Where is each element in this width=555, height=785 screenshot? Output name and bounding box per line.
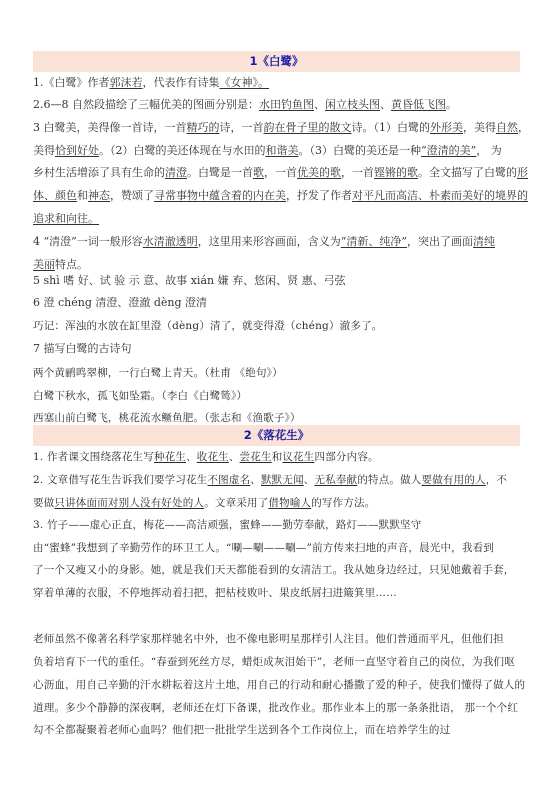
text-line: 4 “清澄”一词一般形容水清澈透明，这里用来形容画面，含义为“清新、纯净”，突出… <box>33 235 523 249</box>
key-phrase: 追求和向往。 <box>33 212 99 225</box>
key-phrase: “澄清的美” <box>421 144 476 157</box>
key-phrase: 外形美 <box>430 121 463 134</box>
key-phrase: 《女神》。 <box>220 76 270 89</box>
key-phrase: 清纯 <box>473 235 495 248</box>
key-phrase: 韵在骨子里的散文 <box>264 121 352 134</box>
key-phrase: 精巧的 <box>187 121 220 134</box>
text-span: ，一首 <box>341 166 374 179</box>
text-line: 1.《白鹭》作者郭沫若，代表作有诗集《女神》。 <box>33 76 523 90</box>
text-line: 追求和向往。 <box>33 212 523 226</box>
key-phrase: 郭沫若 <box>110 76 143 89</box>
text-line: 3 白鹭美，美得像一首诗，一首精巧的诗，一首韵在骨子里的散文诗。（1）白鹭的外形… <box>33 121 523 135</box>
text-span: ，抒发了作者 <box>286 189 352 202</box>
text-span: 。文章采用了 <box>204 497 268 509</box>
text-span: 2. 文章借写花生告诉我们要学习花生 <box>33 474 207 486</box>
key-phrase: 借物喻人 <box>268 497 311 509</box>
text-span: 。（3）白鹭的美还是一种 <box>299 144 422 157</box>
text-span: 。 <box>446 98 457 111</box>
text-span: 诗。（1）白鹭的 <box>352 121 431 134</box>
text-line: 巧记：浑浊的水放在缸里澄（dèng）清了，就变得澄（chéng）澈多了。 <box>33 319 523 333</box>
text-span: 2.6—8 自然段描绘了三幅优美的图画分别是： <box>33 98 259 111</box>
text-span: 穿着单薄的衣服，不停地挥动着扫把，把枯枝败叶、果皮纸屑扫进簸箕里…… <box>33 587 397 599</box>
text-span: 、 <box>314 98 325 111</box>
text-span: 。全文描写了白鹭的 <box>418 166 517 179</box>
text-span: ，代表作有诗集 <box>143 76 220 89</box>
text-span: 两个黄鹂鸣翠柳，一行白鹭上青天。（杜甫 《绝句》） <box>33 367 283 379</box>
key-phrase: 收花生 <box>197 451 229 463</box>
key-phrase: 默默无闻 <box>261 474 304 486</box>
text-line: 2.6—8 自然段描绘了三幅优美的图画分别是：水田钓鱼图、闲立枝头图、黄昏低飞图… <box>33 98 523 112</box>
text-span: 、 <box>186 451 197 463</box>
text-line: 7 描写白鹭的古诗句 <box>33 342 523 356</box>
text-line: 5 shì 嗜 好、试 验 示 意、故事 xián 嫌 弃、悠闲、贤 惠、弓弦 <box>33 274 523 288</box>
key-phrase: 和谐美 <box>266 144 299 157</box>
document-page: 1《白鹭》 1.《白鹭》作者郭沫若，代表作有诗集《女神》。2.6—8 自然段描绘… <box>0 0 555 785</box>
text-span: 了一个又瘦又小的身影。她，就是我们天天都能看到的女清洁工。我从她身边经过，只见她… <box>33 564 515 576</box>
text-line: 要做只讲体面而对别人没有好处的人。文章采用了借物喻人的写作方法。 <box>33 496 523 510</box>
text-span: ，一首 <box>264 166 297 179</box>
text-span: 5 shì 嗜 好、试 验 示 意、故事 xián 嫌 弃、悠闲、贤 惠、弓弦 <box>33 274 346 287</box>
text-span: 美得 <box>33 144 55 157</box>
key-phrase: 水清澈透明 <box>143 235 198 248</box>
text-span: 1.《白鹭》作者 <box>33 76 110 89</box>
key-phrase: 清澄 <box>165 166 187 179</box>
text-line: 6 澄 chéng 清澄、澄澈 dèng 澄清 <box>33 296 523 310</box>
key-phrase: 歌 <box>253 166 264 179</box>
key-phrase: 优美的歌 <box>297 166 341 179</box>
key-phrase: 恰到好处 <box>55 144 99 157</box>
key-phrase: 形 <box>517 166 528 179</box>
text-line: 体、颜色和神态，赞颂了寻常事物中蕴含着的内在美，抒发了作者对平凡而高洁、朴素而美… <box>33 189 523 203</box>
text-span: 白鹭下秋水，孤飞如坠霜。（李白《白鹭鸶》） <box>33 390 247 402</box>
key-phrase: 不图虚名 <box>207 474 250 486</box>
text-span: 、 <box>380 98 391 111</box>
text-line: 白鹭下秋水，孤飞如坠霜。（李白《白鹭鸶》） <box>33 389 523 403</box>
text-span: ，突出了画面 <box>407 235 473 248</box>
key-phrase: 种花生 <box>154 451 186 463</box>
text-line: 穿着单薄的衣服，不停地挥动着扫把，把枯枝败叶、果皮纸屑扫进簸箕里…… <box>33 586 523 600</box>
text-span: 乡村生活增添了具有生命的 <box>33 166 165 179</box>
text-span: ，美得 <box>463 121 496 134</box>
text-span: 7 描写白鹭的古诗句 <box>33 342 132 355</box>
text-span: 和 <box>272 451 283 463</box>
text-span: 要做 <box>33 497 54 509</box>
key-phrase: 美丽 <box>33 258 55 271</box>
key-phrase: 体、颜色 <box>33 189 77 202</box>
key-phrase: 黄昏低飞图 <box>391 98 446 111</box>
text-span: 由“蜜蜂”我想到了辛勤劳作的环卫工人。“唰—唰——唰—”前方传来扫地的声音，晨光… <box>33 542 494 554</box>
text-line: 乡村生活增添了具有生命的清澄。白鹭是一首歌，一首优美的歌，一首铿锵的歌。全文描写… <box>33 166 523 180</box>
text-line: 勾不全都凝聚着老师心血吗？他们把一批批学生送到各个工作岗位上，而在培养学生的过 <box>33 723 523 737</box>
text-span: ， 为 <box>476 144 502 157</box>
text-span: ， <box>518 121 529 134</box>
text-span: 和 <box>77 189 88 202</box>
text-line: 道理。多少个静静的深夜啊，老师还在灯下备课，批改作业。那作业本上的那一条条批语，… <box>33 701 523 715</box>
key-phrase: 议花生 <box>282 451 314 463</box>
key-phrase: “清新、纯净” <box>341 235 407 248</box>
text-span: 诗，一首 <box>220 121 264 134</box>
key-phrase: 闲立枝头图 <box>325 98 380 111</box>
text-span: 。（2）白鹭的美还体现在与水田的 <box>99 144 266 157</box>
text-span: ，不 <box>486 474 507 486</box>
text-span: 的特点。做人 <box>357 474 421 486</box>
text-span: ，这里用来形容画面，含义为 <box>198 235 341 248</box>
text-span: 4 “清澄”一词一般形容 <box>33 235 143 248</box>
text-span: 6 澄 chéng 清澄、澄澈 dèng 澄清 <box>33 296 207 309</box>
key-phrase: 尝花生 <box>240 451 272 463</box>
text-span: ，赞颂了 <box>110 189 154 202</box>
text-span: 、 <box>229 451 240 463</box>
section-header-bailu: 1《白鹭》 <box>33 51 520 72</box>
text-line: 由“蜜蜂”我想到了辛勤劳作的环卫工人。“唰—唰——唰—”前方传来扫地的声音，晨光… <box>33 541 523 555</box>
key-phrase: 无私奉献 <box>315 474 358 486</box>
key-phrase: 只讲体面而对别人没有好处的人 <box>54 497 204 509</box>
text-span: 巧记：浑浊的水放在缸里澄（dèng）清了，就变得澄（chéng）澈多了。 <box>33 320 382 332</box>
text-line: 了一个又瘦又小的身影。她，就是我们天天都能看到的女清洁工。我从她身边经过，只见她… <box>33 563 523 577</box>
key-phrase: 水田钓鱼图 <box>259 98 314 111</box>
text-line: 老师虽然不像著名科学家那样驰名中外，也不像电影明星那样引人注目。他们普通而平凡，… <box>33 632 523 646</box>
text-span: 1. 作者课文围绕落花生写 <box>33 451 154 463</box>
text-span: 特点。 <box>55 258 88 271</box>
text-span: 3. 竹子——虚心正直，梅花——高洁顽强，蜜蜂——勤劳奉献，路灯——默默坚守 <box>33 519 421 531</box>
text-span: 、 <box>304 474 315 486</box>
text-line: 西塞山前白鹭飞，桃花流水鳜鱼肥。（张志和《渔歌子》） <box>33 411 523 425</box>
text-line: 2. 文章借写花生告诉我们要学习花生不图虚名、默默无闻、无私奉献的特点。做人要做… <box>33 473 523 487</box>
key-phrase: 寻常事物中蕴含着的内在美 <box>154 189 286 202</box>
text-span: 、 <box>250 474 261 486</box>
key-phrase: 对平凡而高洁、朴素而美好的境界的 <box>352 189 528 202</box>
text-line: 两个黄鹂鸣翠柳，一行白鹭上青天。（杜甫 《绝句》） <box>33 366 523 380</box>
text-span: 3 白鹭美，美得像一首诗，一首 <box>33 121 187 134</box>
text-line: 美得恰到好处。（2）白鹭的美还体现在与水田的和谐美。（3）白鹭的美还是一种“澄清… <box>33 144 523 158</box>
text-line: 美丽特点。 <box>33 258 523 272</box>
text-span: 四部分内容。 <box>315 451 379 463</box>
section-header-luohuasheng: 2《落花生》 <box>33 425 520 446</box>
text-line: 心沥血，用自己辛勤的汗水耕耘着这片土地，用自己的行动和耐心播撒了爱的种子，使我们… <box>33 678 523 692</box>
text-line: 1. 作者课文围绕落花生写种花生、收花生、尝花生和议花生四部分内容。 <box>33 450 523 464</box>
text-line: 3. 竹子——虚心正直，梅花——高洁顽强，蜜蜂——勤劳奉献，路灯——默默坚守 <box>33 518 523 532</box>
text-span: 。白鹭是一首 <box>187 166 253 179</box>
key-phrase: 自然 <box>496 121 518 134</box>
key-phrase: 要做有用的人 <box>422 474 486 486</box>
text-span: 西塞山前白鹭飞，桃花流水鳜鱼肥。（张志和《渔歌子》） <box>33 412 301 424</box>
key-phrase: 铿锵的歌 <box>374 166 418 179</box>
text-line: 负着培育下一代的重任。“春蚕到死丝方尽，蜡炬成灰泪始干”，老师一直坚守着自己的岗… <box>33 655 523 669</box>
text-span: 的写作方法。 <box>311 497 375 509</box>
key-phrase: 神态 <box>88 189 110 202</box>
